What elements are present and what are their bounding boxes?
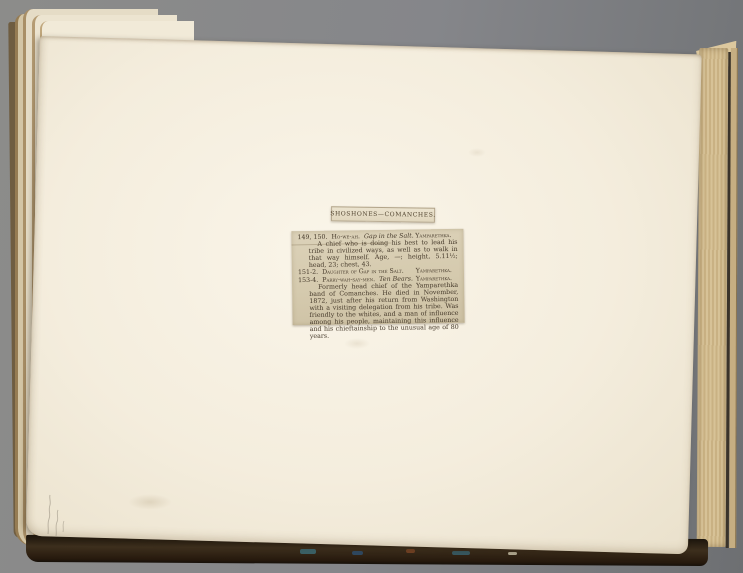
marbling-speck [300, 549, 316, 554]
entry-description: Formerly head chief of the Yamparethka b… [309, 282, 459, 341]
pencil-marks [42, 492, 70, 538]
marbling-speck [406, 549, 415, 553]
section-label: Shoshones—Comanches. [331, 206, 435, 222]
book-fore-edge [697, 48, 729, 547]
entry-translation: Ten Bears. [379, 275, 413, 283]
marbling-speck [508, 552, 517, 555]
catalog-clipping: 149, 150. Ho-we-ah. Gap in the Salt. Yam… [291, 229, 464, 325]
fore-edge-outer-leaf [729, 48, 738, 548]
marbling-speck [352, 551, 363, 555]
section-label-text: Shoshones—Comanches. [330, 210, 436, 218]
entry-numbers: 153-4. [298, 276, 318, 283]
album-photograph: Shoshones—Comanches. 149, 150. Ho-we-ah.… [0, 0, 743, 573]
marbling-speck [452, 551, 470, 555]
